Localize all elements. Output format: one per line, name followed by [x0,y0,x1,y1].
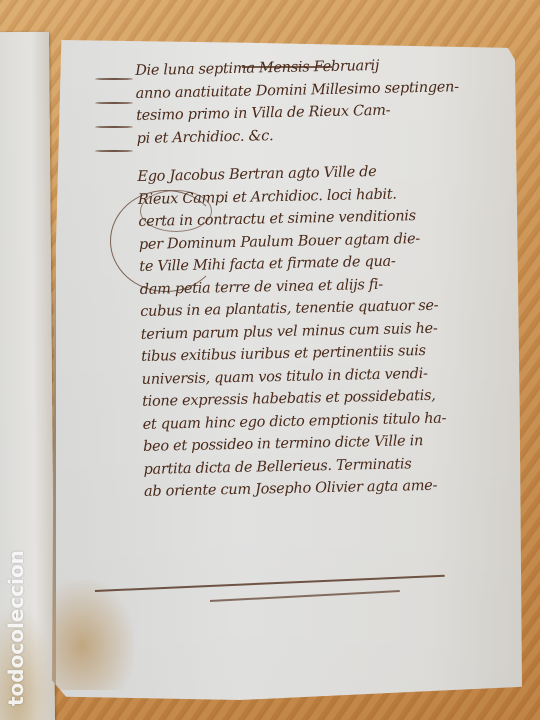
margin-dash [95,102,133,104]
watermark: todocoleccion [2,543,30,713]
margin-dashes [95,78,135,174]
water-stain [54,580,134,690]
margin-dash [95,126,133,128]
margin-dash [95,78,133,80]
handwritten-text: Die luna septima Mensis Februarij anno a… [135,53,474,503]
margin-dash [95,150,133,152]
